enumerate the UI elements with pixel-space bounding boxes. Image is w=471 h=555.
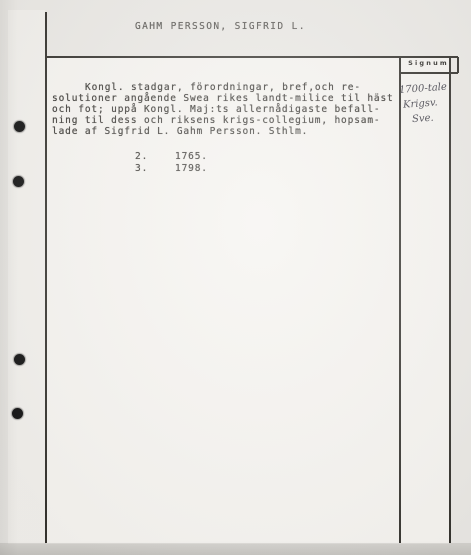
- edition-row: 3. 1798.: [135, 163, 208, 175]
- edition-year-list: 2. 1765. 3. 1798.: [135, 151, 208, 174]
- paragraph-line: Kongl. stadgar, förordningar, bref,och r…: [52, 82, 404, 93]
- edition-year: 1798.: [175, 163, 208, 175]
- punch-hole-1: [14, 121, 25, 132]
- edition-number: 2.: [135, 151, 175, 163]
- catalog-card-scan: GAHM PERSSON, SIGFRID L. Signum 1700-tal…: [0, 0, 471, 555]
- edition-number: 3.: [135, 163, 175, 175]
- punch-hole-3: [14, 354, 25, 365]
- card-right-rule: [449, 57, 451, 543]
- author-heading: GAHM PERSSON, SIGFRID L.: [135, 21, 306, 32]
- left-vertical-rule: [45, 12, 47, 543]
- paragraph-line: ning til dess och riksens krigs-collegiu…: [52, 115, 404, 126]
- title-description-paragraph: Kongl. stadgar, förordningar, bref,och r…: [52, 82, 404, 137]
- left-margin-paper: [8, 10, 45, 544]
- edition-row: 2. 1765.: [135, 151, 208, 163]
- paragraph-line: lade af Sigfrid L. Gahm Persson. Sthlm.: [52, 126, 404, 137]
- scan-bottom-edge-shadow: [0, 543, 471, 555]
- signum-handwritten-shelfmark: 1700-tale Krigsv. Sve.: [398, 79, 457, 128]
- signum-header-bottom-rule: [399, 72, 458, 74]
- paragraph-line: och fot; uppå Kongl. Maj:ts allernådigas…: [52, 104, 404, 115]
- edition-year: 1765.: [175, 151, 208, 163]
- card-top-rule: [45, 56, 458, 58]
- punch-hole-4: [12, 408, 23, 419]
- punch-hole-2: [13, 176, 24, 187]
- paragraph-line: solutioner angående Swea rikes landt-mil…: [52, 93, 404, 104]
- signum-column-label: Signum: [399, 59, 458, 67]
